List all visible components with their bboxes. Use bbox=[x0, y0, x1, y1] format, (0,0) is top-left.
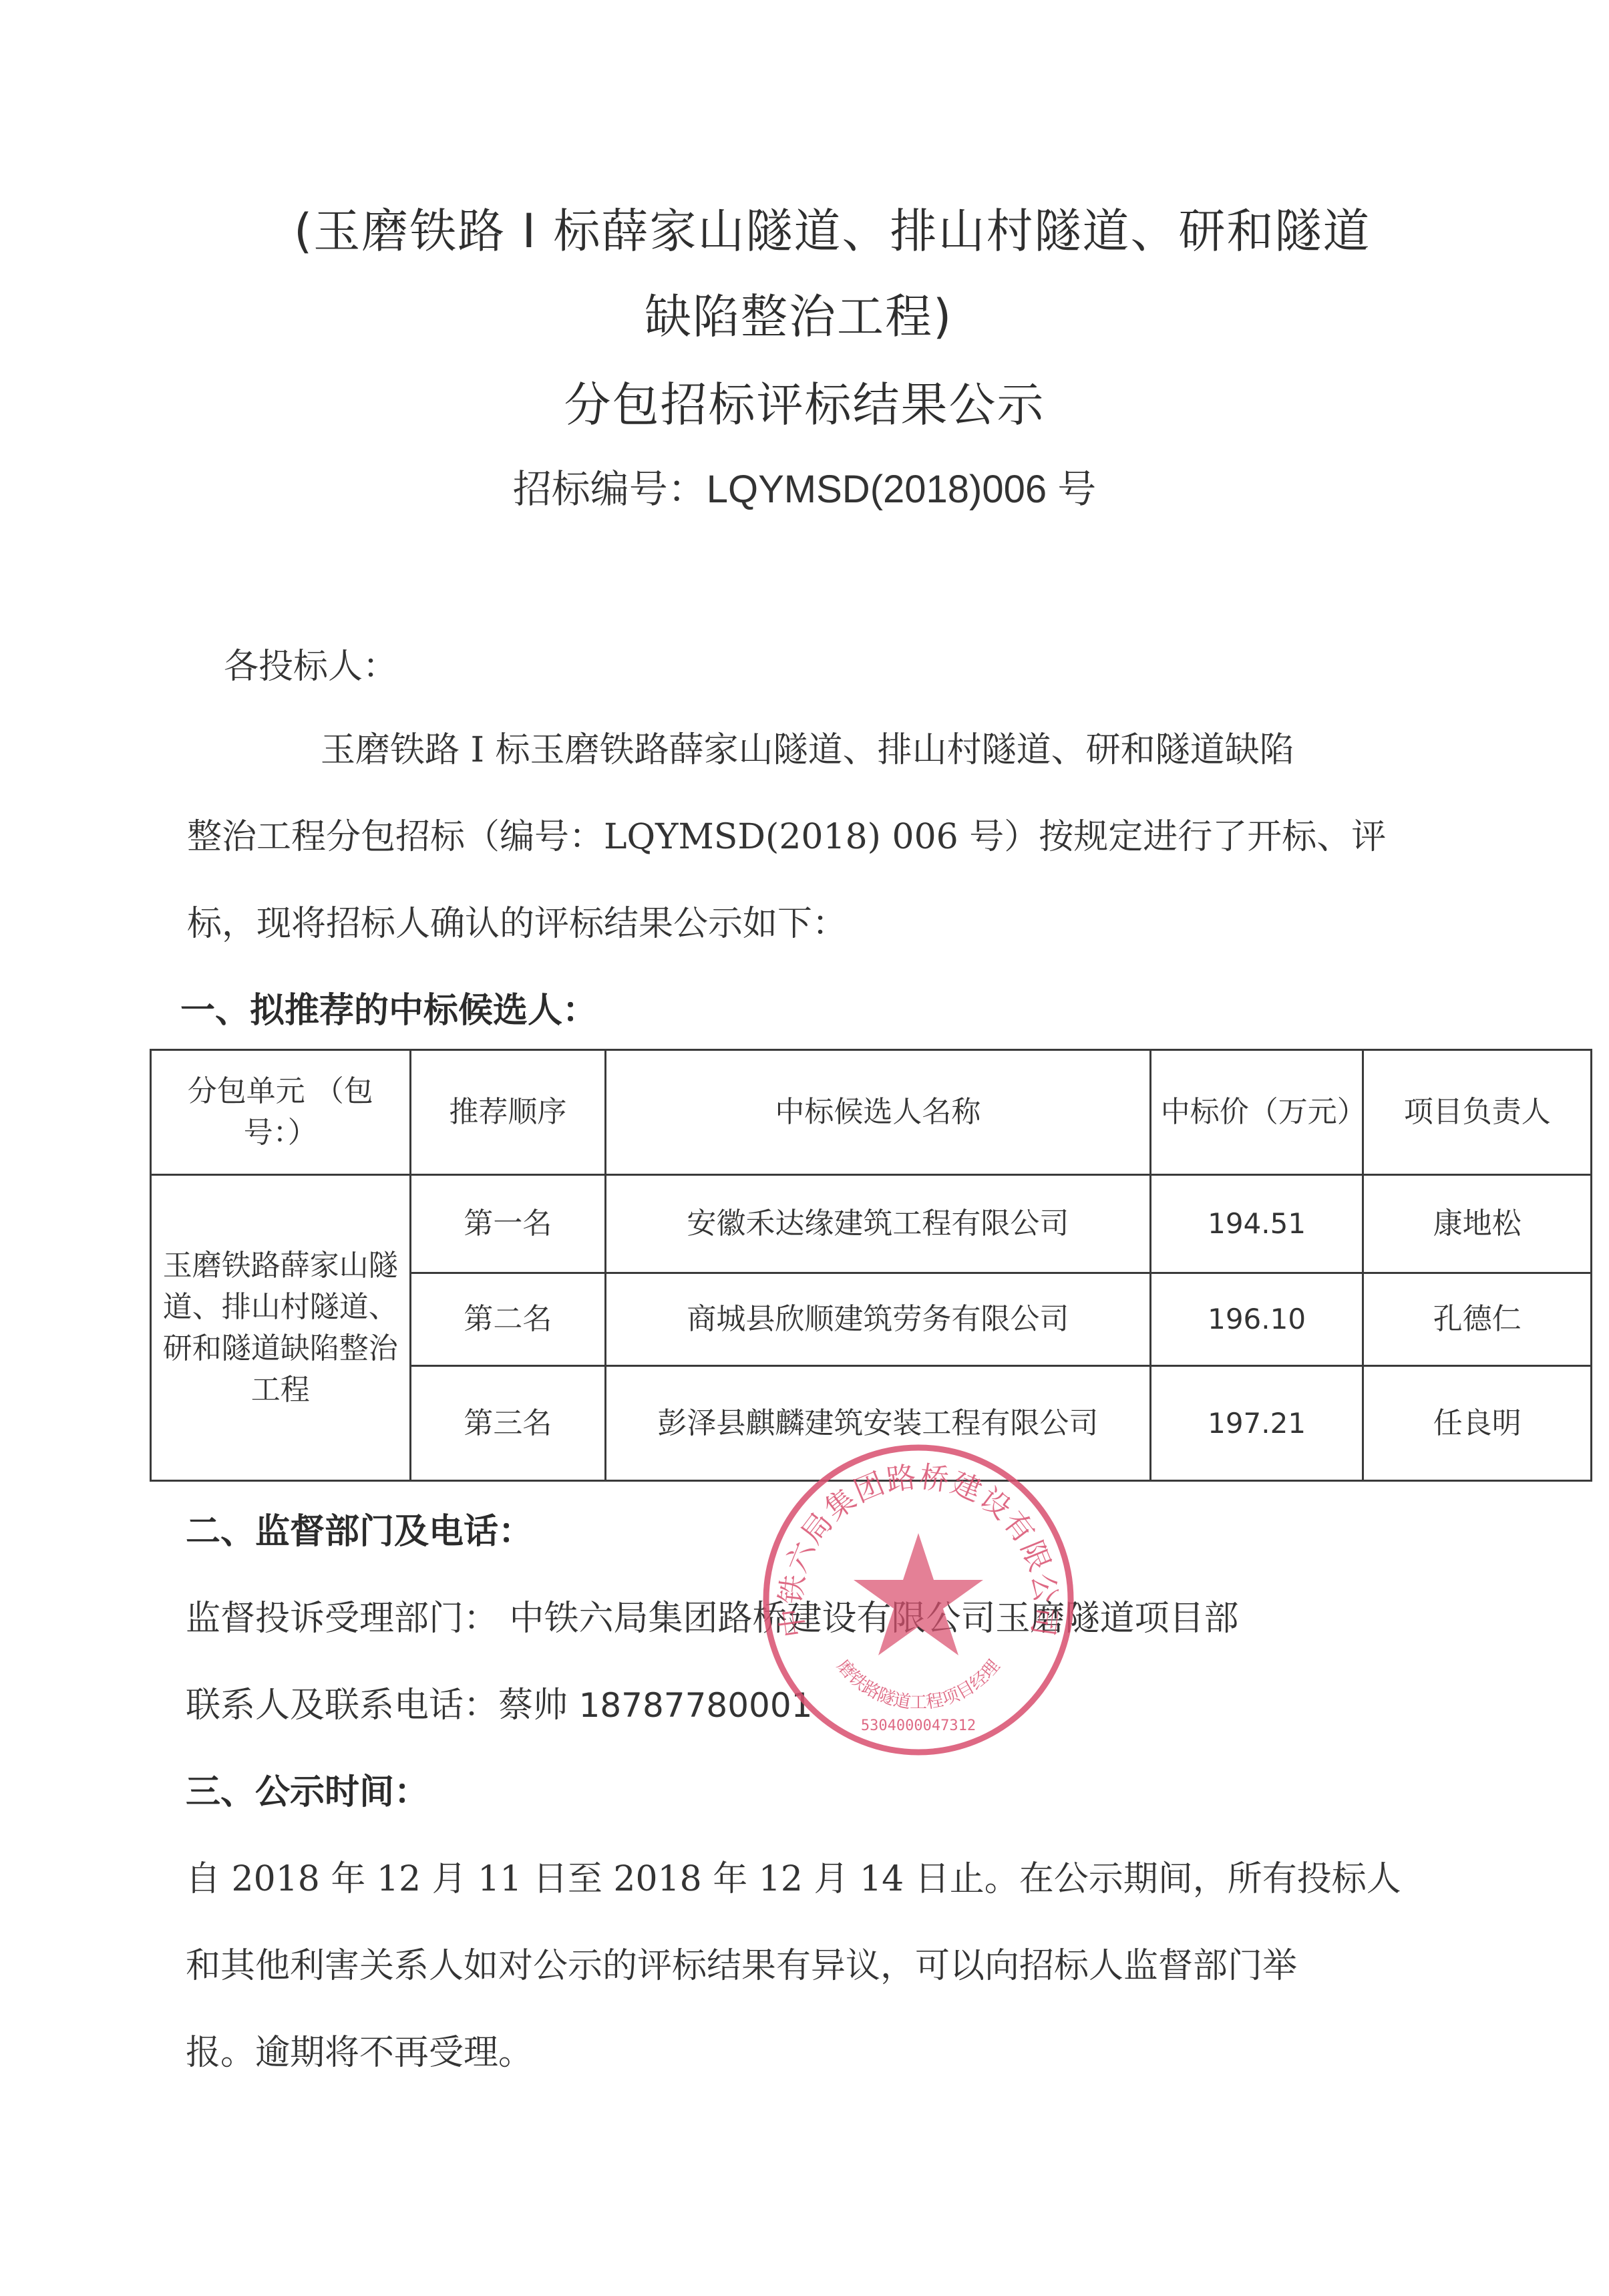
notice-period-line-2: 和其他利害关系人如对公示的评标结果有异议，可以向招标人监督部门举 bbox=[186, 1937, 1297, 1987]
manager-cell: 任良明 bbox=[1363, 1366, 1592, 1481]
price-cell: 196.10 bbox=[1150, 1273, 1363, 1366]
company-cell: 商城县欣顺建筑劳务有限公司 bbox=[606, 1273, 1151, 1366]
contact-label: 联系人及联系电话： bbox=[186, 1685, 498, 1726]
section-3-heading: 三、公示时间： bbox=[186, 1764, 429, 1814]
seal-code: 5304000047312 bbox=[861, 1717, 976, 1734]
document-title-line-2: 缺陷整治工程) bbox=[645, 279, 952, 347]
notice-period-line-3: 报。逾期将不再受理。 bbox=[186, 2024, 533, 2074]
manager-cell: 孔德仁 bbox=[1363, 1273, 1592, 1366]
notice-period-line-1: 自 2018 年 12 月 11 日至 2018 年 12 月 14 日止。在公… bbox=[186, 1850, 1401, 1901]
intro-line-2: 整治工程分包招标（编号：LQYMSD(2018) 006 号）按规定进行了开标、… bbox=[187, 808, 1386, 858]
seal-inner-text: 玉磨铁路隧道工程项目经理部 bbox=[761, 1443, 1004, 1713]
salutation: 各投标人： bbox=[224, 638, 397, 688]
company-cell: 安徽禾达缘建筑工程有限公司 bbox=[606, 1175, 1151, 1273]
price-cell: 197.21 bbox=[1150, 1366, 1363, 1481]
intro-line-3: 标，现将招标人确认的评标结果公示如下： bbox=[187, 895, 847, 945]
rank-cell: 第三名 bbox=[410, 1366, 606, 1481]
header-manager: 项目负责人 bbox=[1363, 1050, 1592, 1175]
section-2-heading: 二、监督部门及电话： bbox=[186, 1503, 533, 1553]
supervision-dept-value: 中铁六局集团路桥建设有限公司玉磨隧道项目部 bbox=[510, 1599, 1239, 1639]
candidates-table: 分包单元 （包号：） 推荐顺序 中标候选人名称 中标价（万元） 项目负责人 玉磨… bbox=[150, 1049, 1592, 1482]
header-price: 中标价（万元） bbox=[1150, 1050, 1363, 1175]
table-row: 玉磨铁路薛家山隧道、排山村隧道、研和隧道缺陷整治工程 第一名 安徽禾达缘建筑工程… bbox=[151, 1175, 1592, 1273]
package-unit-cell: 玉磨铁路薛家山隧道、排山村隧道、研和隧道缺陷整治工程 bbox=[151, 1175, 411, 1481]
contact-phone: 18787780001 bbox=[579, 1686, 813, 1725]
table-header-row: 分包单元 （包号：） 推荐顺序 中标候选人名称 中标价（万元） 项目负责人 bbox=[151, 1050, 1592, 1175]
contact-line: 联系人及联系电话：蔡帅 18787780001 bbox=[186, 1677, 813, 1727]
supervision-dept-line: 监督投诉受理部门： 中铁六局集团路桥建设有限公司玉磨隧道项目部 bbox=[186, 1590, 1239, 1640]
header-rank: 推荐顺序 bbox=[410, 1050, 606, 1175]
document-title-main: 分包招标评标结果公示 bbox=[0, 367, 1609, 435]
company-cell: 彭泽县麒麟建筑安装工程有限公司 bbox=[606, 1366, 1151, 1481]
contact-name: 蔡帅 bbox=[498, 1685, 568, 1726]
header-company: 中标候选人名称 bbox=[606, 1050, 1151, 1175]
bid-number: 招标编号：LQYMSD(2018)006 号 bbox=[0, 458, 1609, 514]
intro-line-1: 玉磨铁路 I 标玉磨铁路薛家山隧道、排山村隧道、研和隧道缺陷 bbox=[321, 721, 1294, 772]
document-title-line-1: (玉磨铁路 I 标薛家山隧道、排山村隧道、研和隧道 bbox=[294, 194, 1371, 261]
rank-cell: 第二名 bbox=[410, 1273, 606, 1366]
manager-cell: 康地松 bbox=[1363, 1175, 1592, 1273]
rank-cell: 第一名 bbox=[410, 1175, 606, 1273]
section-1-heading: 一、拟推荐的中标候选人： bbox=[180, 982, 597, 1032]
price-cell: 194.51 bbox=[1150, 1175, 1363, 1273]
supervision-dept-label: 监督投诉受理部门： bbox=[186, 1599, 498, 1639]
header-package-unit: 分包单元 （包号：） bbox=[151, 1050, 411, 1175]
